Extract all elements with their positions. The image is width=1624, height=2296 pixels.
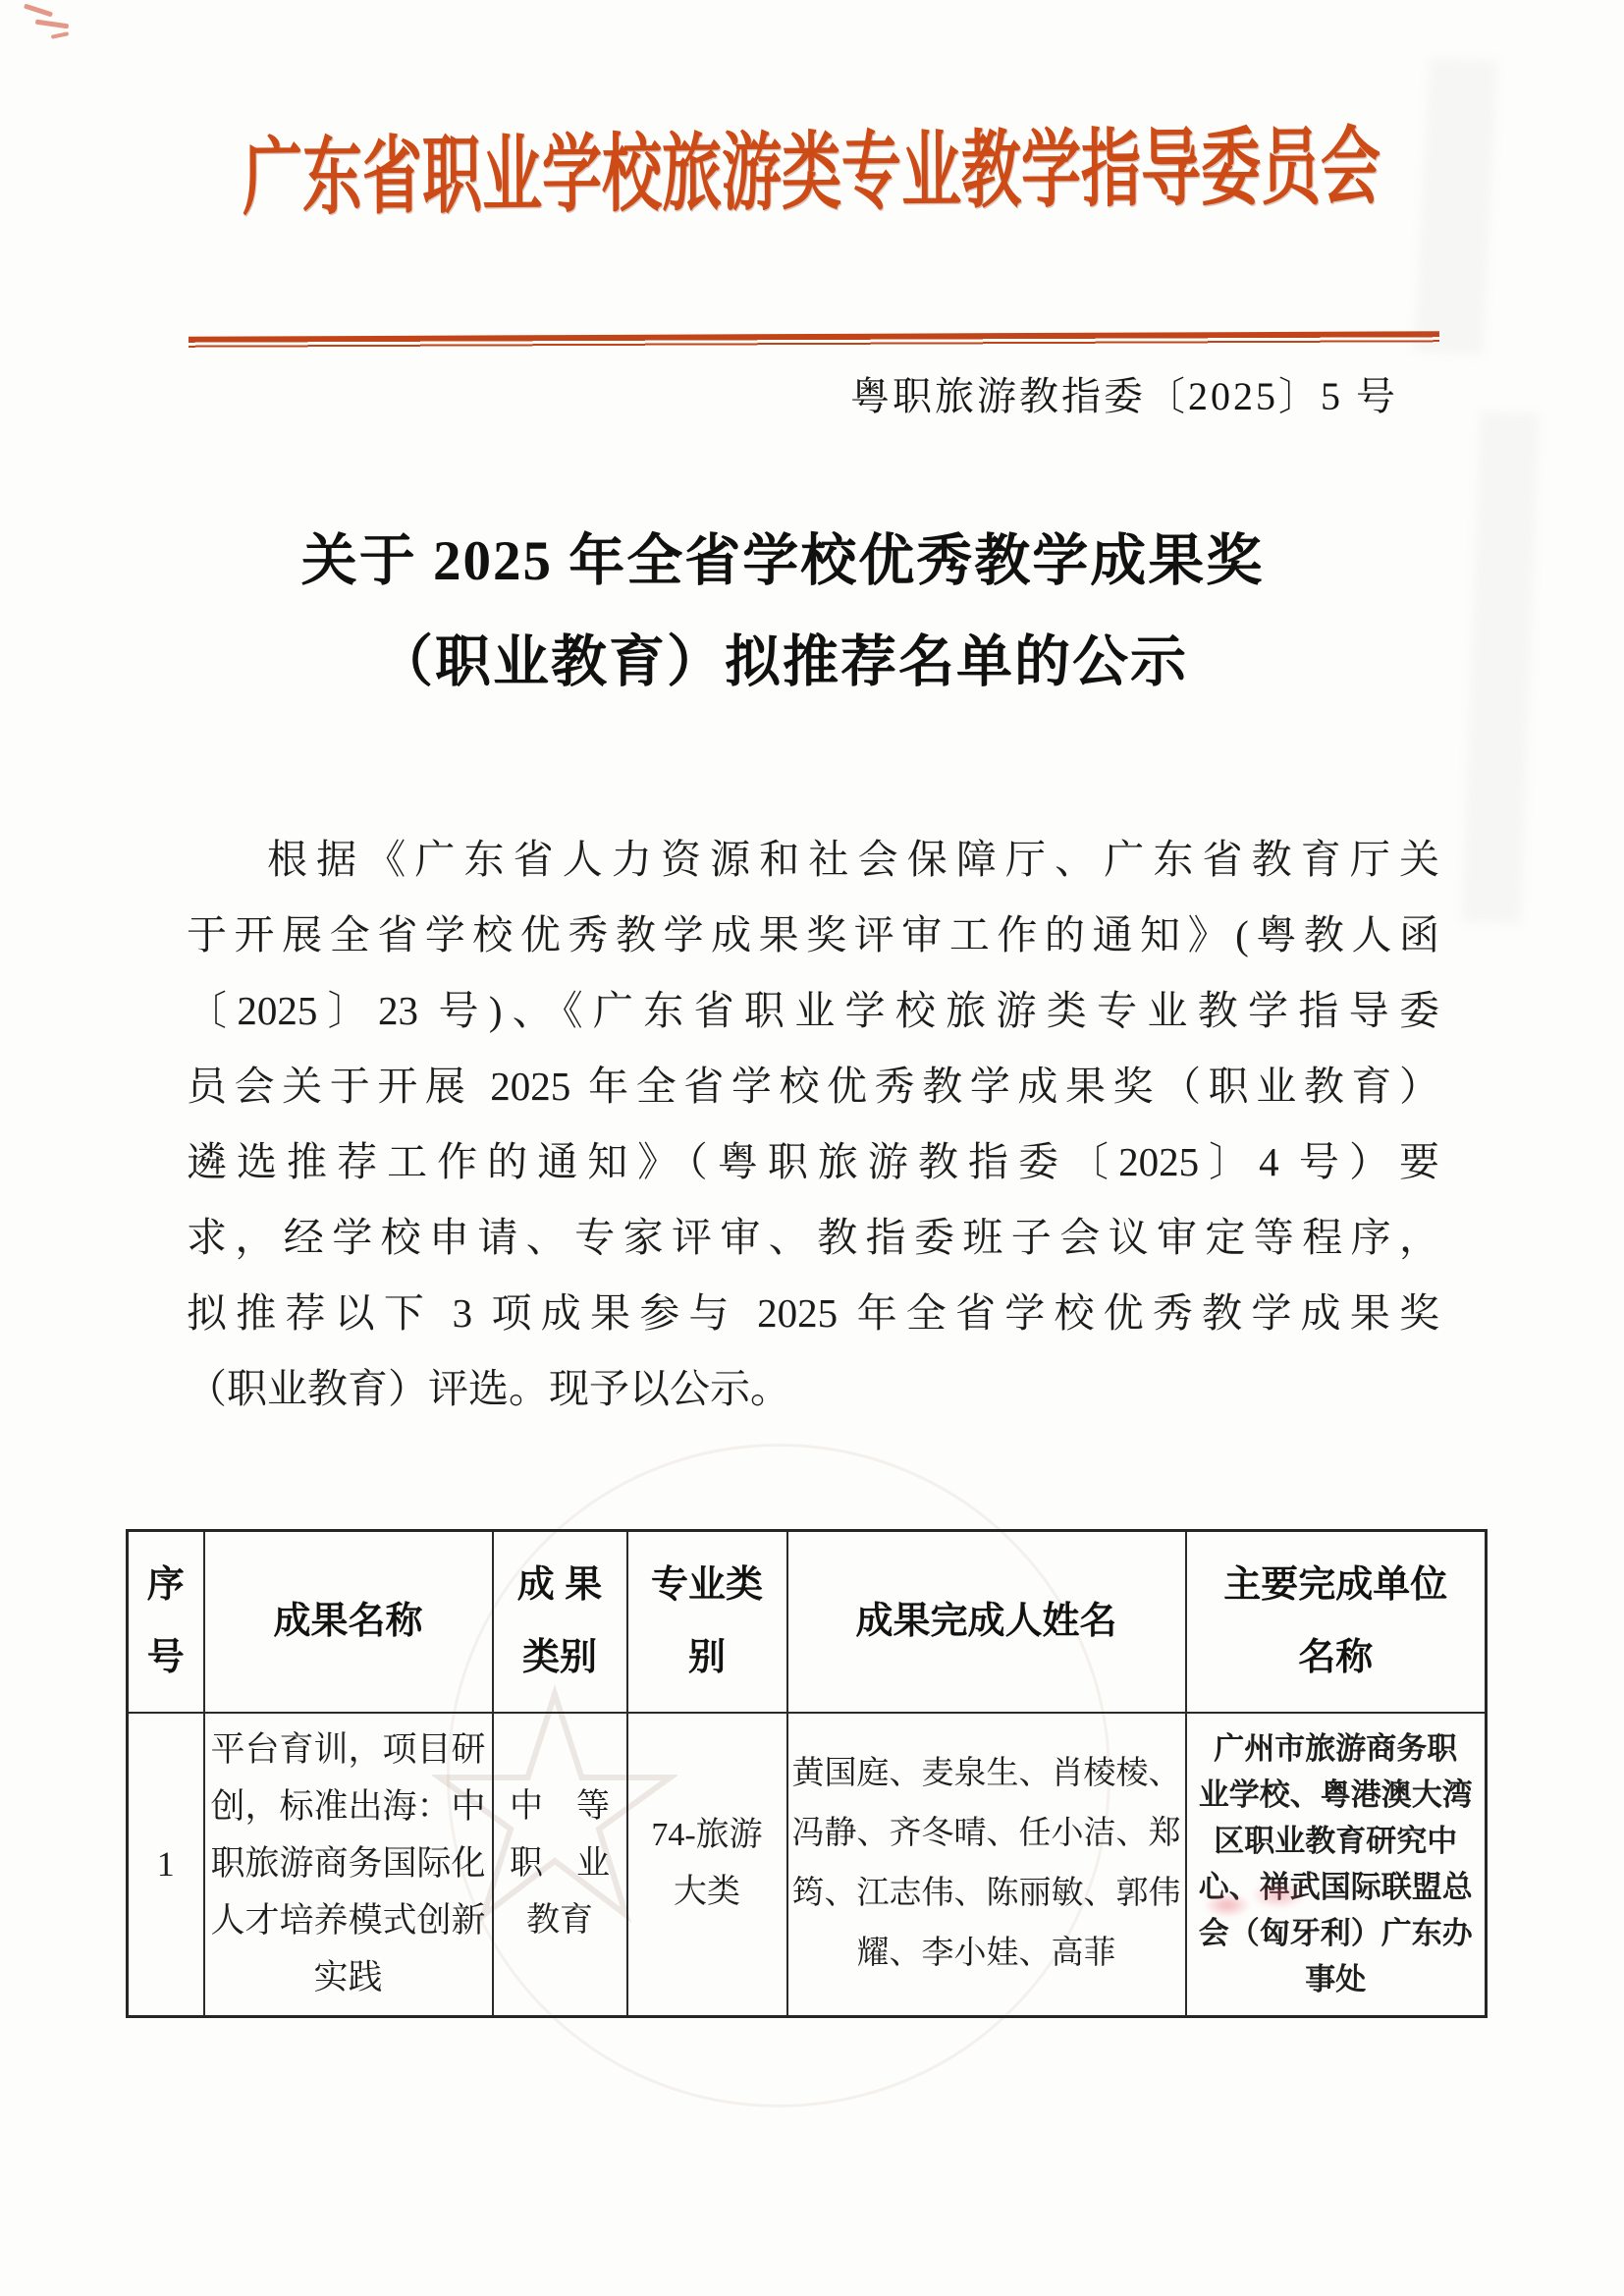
body-line-4: 员会关于开展 2025 年全省学校优秀教学成果奖（职业教育）: [187, 1049, 1439, 1124]
doc-title: 关于 2025 年全省学校优秀教学成果奖 （职业教育）拟推荐名单的公示: [0, 511, 1565, 713]
row1-index: 1: [128, 1713, 204, 2017]
body-line-7: 拟推荐以下 3 项成果参与 2025 年全省学校优秀教学成果奖: [187, 1276, 1439, 1351]
body-paragraph: 根据《广东省人力资源和社会保障厅、广东省教育厅关 于开展全省学校优秀教学成果奖评…: [187, 822, 1439, 1427]
body-line-5: 遴选推荐工作的通知》（粤职旅游教指委〔2025〕4 号）要: [187, 1124, 1439, 1200]
body-line-8: （职业教育）评选。现予以公示。: [187, 1351, 1439, 1427]
col-header-major: 专业类 别: [627, 1531, 787, 1713]
row1-name: 平台育训，项目研 创，标准出海：中 职旅游商务国际化 人才培养模式创新 实践: [204, 1713, 493, 2017]
doc-title-line2: （职业教育）拟推荐名单的公示: [0, 612, 1565, 713]
col-header-people: 成果完成人姓名: [787, 1531, 1186, 1713]
body-line-3: 〔2025〕23 号)、《广东省职业学校旅游类专业教学指导委: [187, 973, 1439, 1049]
row1-major: 74-旅游 大类: [627, 1713, 787, 2017]
org-header-title: 广东省职业学校旅游类专业教学指导委员会: [243, 85, 1381, 264]
scan-corner-mark: [22, 4, 77, 43]
org-header-row: 广东省职业学校旅游类专业教学指导委员会: [0, 116, 1624, 234]
doc-number: 粤职旅游教指委〔2025〕5 号: [850, 365, 1398, 421]
col-header-category: 成 果 类别: [493, 1531, 627, 1713]
col-header-unit: 主要完成单位 名称: [1186, 1531, 1487, 1713]
header-divider-rule: [189, 331, 1439, 350]
table-row: 1 平台育训，项目研 创，标准出海：中 职旅游商务国际化 人才培养模式创新 实践…: [128, 1713, 1487, 2017]
body-line-6: 求，经学校申请、专家评审、教指委班子会议审定等程序，: [187, 1200, 1439, 1276]
doc-title-line1: 关于 2025 年全省学校优秀教学成果奖: [0, 511, 1565, 612]
body-line-1: 根据《广东省人力资源和社会保障厅、广东省教育厅关: [187, 822, 1439, 898]
row1-unit: 广州市旅游商务职 业学校、粤港澳大湾 区职业教育研究中 心、禅武国际联盟总 会（…: [1186, 1713, 1487, 2017]
table-header-row: 序 号 成果名称 成 果 类别 专业类 别 成果完成人姓名 主要完成单位 名称: [128, 1531, 1487, 1713]
row1-people: 黄国庭、麦泉生、肖棱棱、 冯静、齐冬晴、任小洁、郑 筠、江志伟、陈丽敏、郭伟 耀…: [787, 1713, 1186, 2017]
col-header-name: 成果名称: [204, 1531, 493, 1713]
document-page: 广东省职业学校旅游类专业教学指导委员会 粤职旅游教指委〔2025〕5 号 关于 …: [0, 0, 1624, 2296]
row1-category: 中 等 职 业 教育: [493, 1713, 627, 2017]
body-line-2: 于开展全省学校优秀教学成果奖评审工作的通知》(粤教人函: [187, 898, 1439, 973]
recommendation-table: 序 号 成果名称 成 果 类别 专业类 别 成果完成人姓名 主要完成单位 名称 …: [126, 1529, 1488, 2018]
col-header-index: 序 号: [128, 1531, 204, 1713]
